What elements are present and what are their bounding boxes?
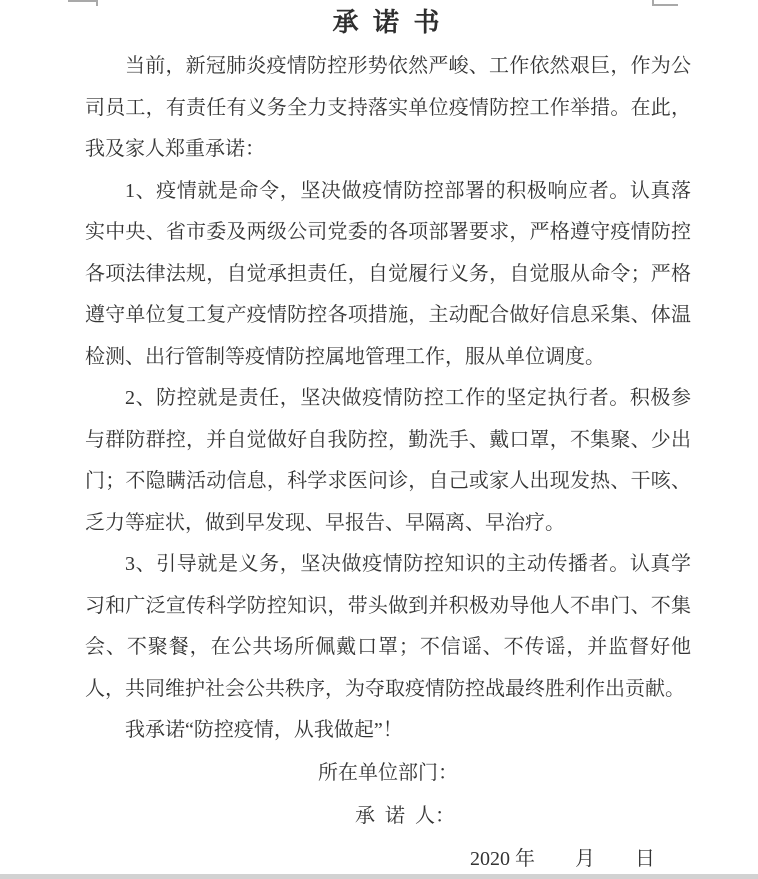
paragraph-item-3: 3、引导就是义务，坚决做疫情防控知识的主动传播者。认真学习和广泛宣传科学防控知识… — [85, 544, 691, 710]
paragraph-pledge: 我承诺“防控疫情，从我做起”！ — [85, 710, 691, 752]
promiser-line: 承 诺 人： — [85, 795, 691, 838]
document-title: 承 诺 书 — [85, 0, 691, 46]
department-line: 所在单位部门： — [85, 752, 691, 795]
document-content: 承 诺 书 当前，新冠肺炎疫情防控形势依然严峻、工作依然艰巨，作为公司员工，有责… — [85, 0, 691, 879]
date-line: 2020 年 月 日 — [85, 838, 691, 879]
page-bottom-edge — [0, 874, 758, 879]
document-page: 承 诺 书 当前，新冠肺炎疫情防控形势依然严峻、工作依然艰巨，作为公司员工，有责… — [0, 0, 758, 879]
paragraph-item-1: 1、疫情就是命令，坚决做疫情防控部署的积极响应者。认真落实中央、省市委及两级公司… — [85, 171, 691, 379]
paragraph-item-2: 2、防控就是责任，坚决做疫情防控工作的坚定执行者。积极参与群防群控，并自觉做好自… — [85, 378, 691, 544]
paragraph-intro: 当前，新冠肺炎疫情防控形势依然严峻、工作依然艰巨，作为公司员工，有责任有义务全力… — [85, 46, 691, 171]
